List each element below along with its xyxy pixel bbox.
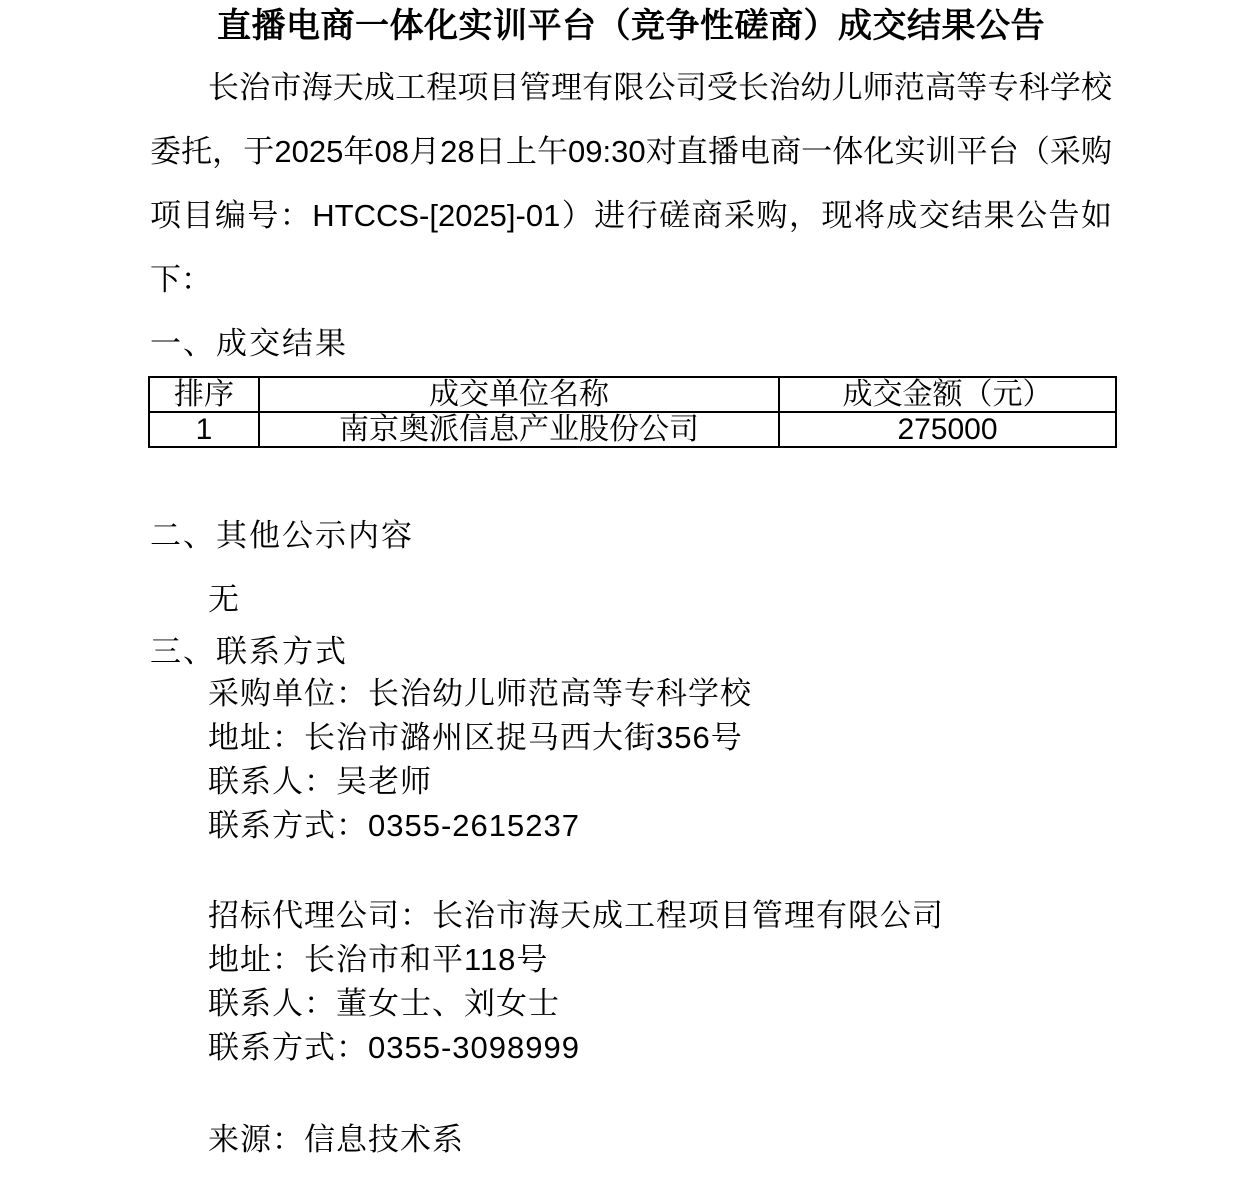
agent-phone-line: 联系方式：0355-3098999 bbox=[150, 1026, 1112, 1070]
table-header-row: 排序 成交单位名称 成交金额（元） bbox=[149, 377, 1116, 412]
agent-contact-group: 招标代理公司：长治市海天成工程项目管理有限公司 地址：长治市和平118号 联系人… bbox=[150, 894, 1112, 1070]
purchaser-contact-group: 采购单位：长治幼儿师范高等专科学校 地址：长治市潞州区捉马西大街356号 联系人… bbox=[150, 672, 1112, 848]
agent-address-line: 地址：长治市和平118号 bbox=[150, 938, 1112, 982]
cell-supplier-name: 南京奥派信息产业股份公司 bbox=[259, 412, 779, 447]
result-table: 排序 成交单位名称 成交金额（元） 1 南京奥派信息产业股份公司 275000 bbox=[148, 376, 1117, 448]
cell-amount: 275000 bbox=[779, 412, 1116, 447]
section-heading-result: 一、成交结果 bbox=[150, 312, 1112, 376]
agent-contact-person-line: 联系人：董女士、刘女士 bbox=[150, 982, 1112, 1026]
agent-company-line: 招标代理公司：长治市海天成工程项目管理有限公司 bbox=[150, 894, 1112, 938]
header-cell-rank: 排序 bbox=[149, 377, 259, 412]
other-content-none: 无 bbox=[150, 568, 1112, 632]
header-cell-supplier: 成交单位名称 bbox=[259, 377, 779, 412]
purchaser-contact-person-line: 联系人：吴老师 bbox=[150, 760, 1112, 804]
announcement-document: 直播电商一体化实训平台（竞争性磋商）成交结果公告 长治市海天成工程项目管理有限公… bbox=[0, 0, 1260, 1184]
source-line: 来源：信息技术系 bbox=[150, 1118, 1112, 1162]
purchaser-unit-line: 采购单位：长治幼儿师范高等专科学校 bbox=[150, 672, 1112, 716]
cell-rank: 1 bbox=[149, 412, 259, 447]
intro-paragraph: 长治市海天成工程项目管理有限公司受长治幼儿师范高等专科学校委托，于2025年08… bbox=[150, 56, 1112, 312]
section-heading-contact: 三、联系方式 bbox=[150, 632, 1112, 672]
document-title: 直播电商一体化实训平台（竞争性磋商）成交结果公告 bbox=[150, 7, 1112, 45]
purchaser-address-line: 地址：长治市潞州区捉马西大街356号 bbox=[150, 716, 1112, 760]
purchaser-phone-line: 联系方式：0355-2615237 bbox=[150, 804, 1112, 848]
table-row: 1 南京奥派信息产业股份公司 275000 bbox=[149, 412, 1116, 447]
section-heading-other: 二、其他公示内容 bbox=[150, 504, 1112, 568]
header-cell-amount: 成交金额（元） bbox=[779, 377, 1116, 412]
